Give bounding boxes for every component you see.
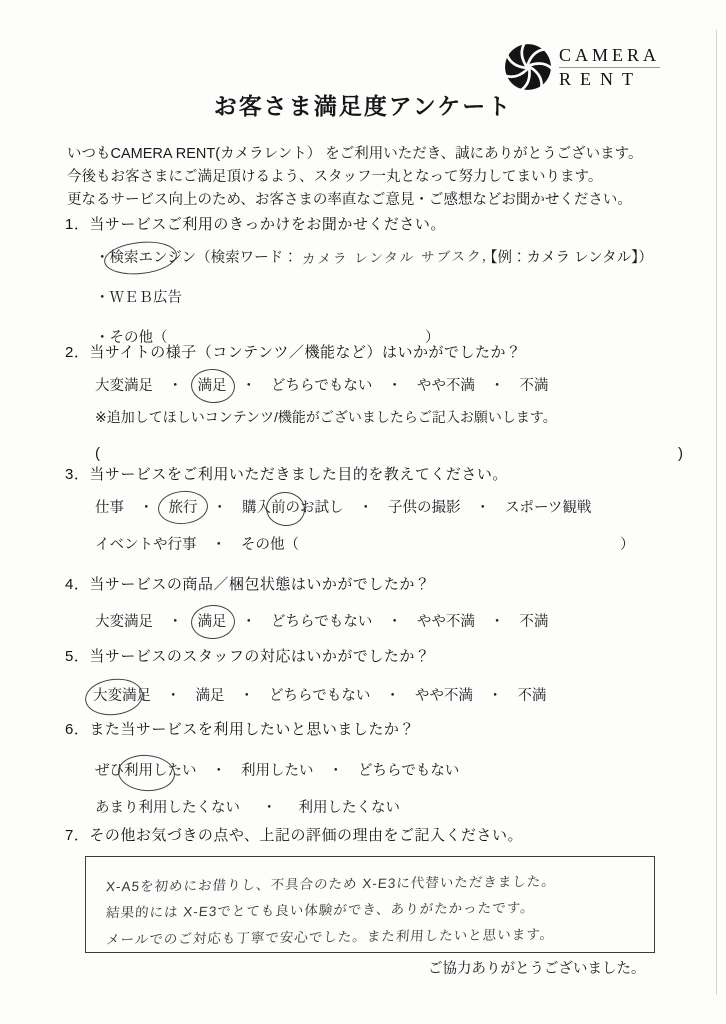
q6-option-definitely-use: ぜひ利用したい: [95, 759, 197, 780]
dot-separator: ・: [213, 496, 228, 517]
q3-option-kids: 子供の撮影: [388, 496, 461, 517]
logo-text-rent: RENT: [559, 69, 660, 90]
q2-option-satisfied-circled: 満足: [198, 374, 227, 395]
q4-options-row: 大変満足 ・ 満足 ・ どちらでもない ・ やや不満 ・ 不満: [95, 610, 665, 631]
q3-trial-circled: 前の: [271, 496, 300, 517]
q6-option-neutral: どちらでもない: [358, 759, 459, 780]
dot-separator: ・: [385, 684, 400, 705]
logo-text-camera: CAMERA: [559, 45, 660, 68]
dot-separator: ・: [490, 610, 505, 631]
logo: CAMERA RENT: [503, 42, 660, 92]
q2-options-row: 大変満足 ・ 満足 ・ どちらでもない ・ やや不満 ・ 不満: [95, 374, 665, 395]
dot-separator: ・: [329, 759, 344, 780]
q6-option-not-use: 利用したくない: [299, 796, 401, 817]
question-1: 1．当サービスご利用のきっかけをお聞かせください。 ・検索エンジン（検索ワード：…: [65, 213, 665, 362]
intro-line-3: 更なるサービス向上のため、お客さまの率直なご意見・ご感想などお聞かせください。: [67, 189, 667, 212]
question-3: 3．当サービスをご利用いただきました目的を教えてください。 仕事 ・ 旅行 ・ …: [65, 463, 665, 566]
q2-free-text-parens: ( ): [95, 445, 683, 462]
q1-option-web-ad: ・ＷＥＢ広告: [95, 286, 665, 307]
dot-separator: ・: [488, 684, 503, 705]
q2-note: ※追加してほしいコンテンツ/機能がございましたらご記入お願いします。: [95, 407, 665, 427]
q2-option-dissatisfied: 不満: [519, 374, 548, 395]
dot-separator: ・: [240, 684, 255, 705]
dot-separator: ・: [242, 610, 257, 631]
dot-separator: ・: [387, 610, 402, 631]
q3-trial-pre: 購入: [242, 500, 271, 516]
q6-option-rather-not-use: あまり利用したくない: [95, 796, 240, 817]
q1-search-example: 【例：カメラ レンタル】）: [483, 246, 653, 267]
q6-option-want-to-use: 利用したい: [241, 759, 314, 780]
q2-close-paren: ): [678, 445, 683, 462]
q2-option-somewhat-dissatisfied: やや不満: [417, 374, 475, 395]
dot-separator: ・: [212, 533, 227, 554]
q3-option-sports: スポーツ観戦: [505, 496, 591, 517]
q3-options-row-2: イベントや行事 ・ その他（ ）: [95, 533, 665, 554]
q2-open-paren: (: [95, 445, 100, 462]
q3-option-other: その他（: [241, 533, 299, 554]
q3-other-close-paren: ）: [620, 533, 635, 554]
dot-separator: ・: [242, 374, 257, 395]
q4-option-satisfied-circled: 満足: [198, 610, 227, 631]
dot-separator: ・: [490, 374, 505, 395]
q3-option-work: 仕事: [95, 496, 124, 517]
q5-option-very-satisfied: 大変満足: [93, 684, 151, 705]
q6-options-row-1: ぜひ利用したい ・ 利用したい ・ どちらでもない: [95, 759, 665, 780]
dot-separator: ・: [139, 496, 154, 517]
q5-option-neutral: どちらでもない: [269, 684, 370, 705]
survey-page: CAMERA RENT お客さま満足度アンケート いつもCAMERA RENT(…: [0, 0, 726, 1024]
q1-search-engine-rest: ジン（検索ワード：: [168, 250, 298, 266]
scan-artifact-line: [716, 30, 717, 995]
q3-options-row-1: 仕事 ・ 旅行 ・ 購入前のお試し ・ 子供の撮影 ・ スポーツ観戦: [95, 496, 665, 517]
aperture-icon: [503, 42, 553, 92]
dot-separator: ・: [476, 496, 491, 517]
dot-separator: ・: [166, 684, 181, 705]
dot-separator: ・: [359, 496, 374, 517]
dot-separator: ・: [168, 374, 183, 395]
q3-trial-post: お試し: [300, 500, 344, 516]
dot-separator: ・: [212, 759, 227, 780]
q5-option-satisfied: 満足: [196, 684, 225, 705]
dot-separator: ・: [168, 610, 183, 631]
q6-definitely-circled: 利用し: [124, 759, 168, 780]
question-6-title: 6．また当サービスを利用したいと思いましたか？: [65, 718, 665, 739]
dot-separator: ・: [262, 796, 277, 817]
footer-thanks: ご協力ありがとうございました。: [428, 957, 646, 978]
logo-text: CAMERA RENT: [559, 45, 660, 90]
intro-line-2: 今後もお客さまにご満足頂けるよう、スタッフ一丸となって努力してまいります。: [67, 166, 667, 189]
bullet: ・: [95, 250, 110, 266]
q1-search-engine-circled: 検索エン: [110, 246, 168, 267]
q4-option-very-satisfied: 大変満足: [95, 610, 153, 631]
question-6: 6．また当サービスを利用したいと思いましたか？ ぜひ利用したい ・ 利用したい …: [65, 718, 665, 829]
question-2: 2．当サイトの様子（コンテンツ／機能など）はいかがでしたか？ 大変満足 ・ 満足…: [65, 341, 665, 462]
q5-very-satisfied-rest: 足: [137, 688, 152, 704]
question-1-title: 1．当サービスご利用のきっかけをお聞かせください。: [65, 213, 665, 234]
question-5-title: 5．当サービスのスタッフの対応はいかがでしたか？: [65, 645, 665, 666]
q5-options-row: 大変満足 ・ 満足 ・ どちらでもない ・ やや不満 ・ 不満: [93, 684, 665, 705]
q3-option-event: イベントや行事: [95, 533, 197, 554]
handwritten-comment: X-A5を初めにお借りし、不具合のため X-E3に代替いただきました。 結果的に…: [86, 857, 654, 950]
q3-option-trial: 購入前のお試し: [242, 496, 344, 517]
handwritten-search-words: カメラ レンタル サブスク，: [301, 244, 498, 267]
q4-option-somewhat-dissatisfied: やや不満: [417, 610, 475, 631]
q5-option-dissatisfied: 不満: [517, 684, 546, 705]
question-4: 4．当サービスの商品／梱包状態はいかがでしたか？ 大変満足 ・ 満足 ・ どちら…: [65, 573, 665, 643]
intro-paragraph: いつもCAMERA RENT(カメラレント） をご利用いただき、誠にありがとうご…: [67, 143, 667, 212]
question-4-title: 4．当サービスの商品／梱包状態はいかがでしたか？: [65, 573, 665, 594]
q4-option-dissatisfied: 不満: [519, 610, 548, 631]
q2-option-neutral: どちらでもない: [271, 374, 372, 395]
question-2-title: 2．当サイトの様子（コンテンツ／機能など）はいかがでしたか？: [65, 341, 665, 362]
q2-option-very-satisfied: 大変満足: [95, 374, 153, 395]
intro-line-1: いつもCAMERA RENT(カメラレント） をご利用いただき、誠にありがとうご…: [67, 143, 667, 166]
q6-definitely-post: たい: [168, 763, 197, 779]
q3-option-travel-circled: 旅行: [169, 496, 198, 517]
q5-very-satisfied-circled: 大変満: [93, 684, 137, 705]
q6-options-row-2: あまり利用したくない ・ 利用したくない: [95, 796, 665, 817]
q1-option-search-engine: ・検索エンジン（検索ワード： カメラ レンタル サブスク， 【例：カメラ レンタ…: [95, 246, 665, 267]
dot-separator: ・: [387, 374, 402, 395]
question-5: 5．当サービスのスタッフの対応はいかがでしたか？ 大変満足 ・ 満足 ・ どちら…: [65, 645, 665, 717]
question-7-title: 7．その他お気づきの点や、上記の評価の理由をご記入ください。: [65, 824, 665, 845]
q4-option-neutral: どちらでもない: [271, 610, 372, 631]
page-title: お客さま満足度アンケート: [0, 88, 726, 121]
comment-box: X-A5を初めにお借りし、不具合のため X-E3に代替いただきました。 結果的に…: [85, 856, 655, 953]
question-7: 7．その他お気づきの点や、上記の評価の理由をご記入ください。: [65, 824, 665, 857]
q6-definitely-pre: ぜひ: [95, 763, 124, 779]
question-3-title: 3．当サービスをご利用いただきました目的を教えてください。: [65, 463, 665, 484]
q5-option-somewhat-dissatisfied: やや不満: [415, 684, 473, 705]
